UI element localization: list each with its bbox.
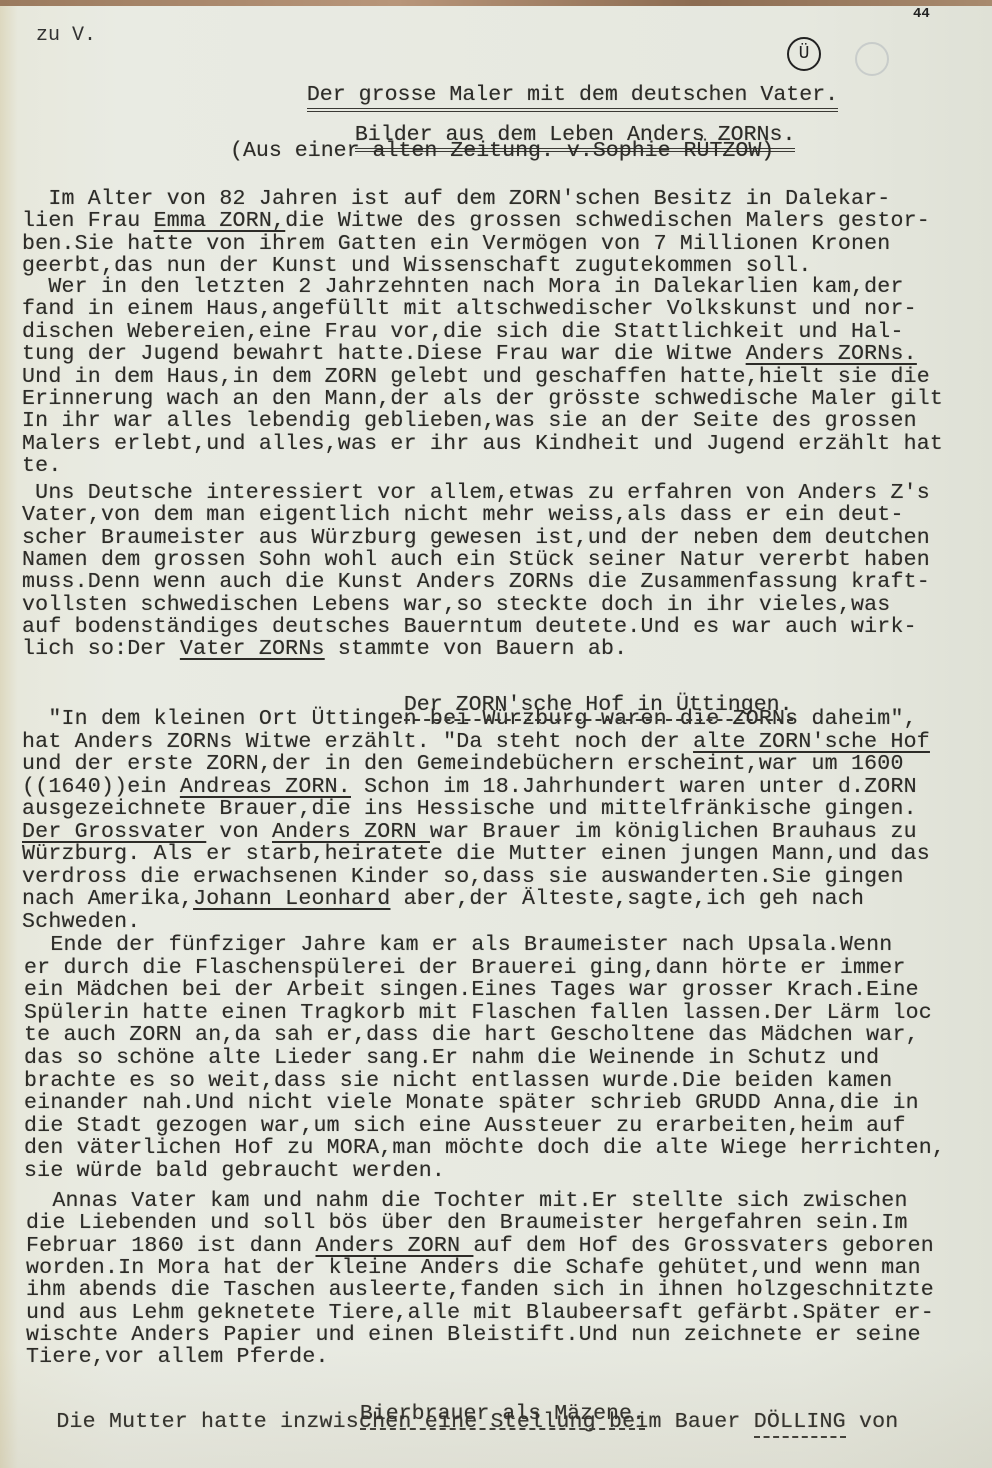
text-line: sie würde bald gebraucht werden. bbox=[24, 1160, 445, 1182]
section-heading-bierbrauer: Bierbrauer als Mäzene. bbox=[308, 1378, 645, 1450]
text-line: dischen Webereien,eine Frau vor,die sich… bbox=[22, 321, 904, 343]
text-line: wischte Anders Papier und einen Bleistif… bbox=[26, 1324, 921, 1346]
text-line: fand in einem Haus,angefüllt mit altschw… bbox=[22, 298, 917, 320]
section-heading-2-text: Bierbrauer als Mäzene. bbox=[360, 1402, 645, 1430]
text-line: worden.In Mora hat der kleine Anders die… bbox=[26, 1257, 921, 1279]
text-line: und aus Lehm geknetete Tiere,alle mit Bl… bbox=[26, 1302, 934, 1324]
text-line: tung der Jugend bewahrt hatte.Diese Frau… bbox=[22, 343, 917, 365]
text-line: Malers erlebt,und alles,was er ihr aus K… bbox=[22, 433, 943, 455]
text-line: Schweden. bbox=[22, 911, 140, 933]
text-line: Wer in den letzten 2 Jahrzehnten nach Mo… bbox=[22, 276, 904, 298]
text-line: Der Grossvater von Anders ZORN war Braue… bbox=[22, 821, 917, 843]
text-line: Spülerin hatte einen Tragkorb mit Flasch… bbox=[24, 1002, 932, 1024]
text-line: Und in dem Haus,in dem ZORN gelebt und g… bbox=[22, 366, 930, 388]
section-heading-uettingen: Der ZORN'sche Hof in Üttingen. bbox=[352, 669, 793, 741]
source-line: (Aus einer alten Zeitung. v.Sophie RÜTZO… bbox=[230, 139, 774, 163]
text-line: Würzburg. Als er starb,heiratete die Mut… bbox=[22, 843, 930, 865]
text-line: lien Frau Emma ZORN,die Witwe des grosse… bbox=[22, 210, 930, 232]
text-line: vollsten schwedischen Lebens war,so stec… bbox=[22, 594, 890, 616]
text-line: ((1640))ein Andreas ZORN. Schon im 18.Ja… bbox=[22, 776, 917, 798]
text-line: Im Alter von 82 Jahren ist auf dem ZORN'… bbox=[22, 188, 890, 210]
text-line: die Liebenden und soll bös über den Brau… bbox=[26, 1212, 908, 1234]
text-line: ben.Sie hatte von ihrem Gatten ein Vermö… bbox=[22, 233, 890, 255]
text-line: geerbt,das nun der Kunst und Wissenschaf… bbox=[22, 255, 812, 277]
text-line: muss.Denn wenn auch die Kunst Anders ZOR… bbox=[22, 571, 930, 593]
text-line: Erinnerung wach an den Mann,der als der … bbox=[22, 388, 943, 410]
text-line: Februar 1860 ist dann Anders ZORN auf de… bbox=[26, 1235, 934, 1257]
text-line: den väterlichen Hof zu MORA,man möchte d… bbox=[24, 1137, 945, 1159]
text-line: nach Amerika,Johann Leonhard aber,der Äl… bbox=[22, 888, 864, 910]
margin-note: zu V. bbox=[36, 24, 96, 47]
text-line: Namen dem grossen Sohn wohl auch ein Stü… bbox=[22, 549, 930, 571]
text-line: einander nah.Und nicht viele Monate spät… bbox=[24, 1092, 919, 1114]
text-line: In ihr war alles lebendig geblieben,was … bbox=[22, 410, 917, 432]
text-line: ausgezeichnete Brauer,die ins Hessische … bbox=[22, 798, 917, 820]
text-line: er durch die Flaschenspülerei der Brauer… bbox=[24, 957, 906, 979]
typewritten-page: zu V. 44 Ü Der grosse Maler mit dem deut… bbox=[0, 6, 992, 1468]
text-line: brachte es so weit,dass sie nicht entlas… bbox=[24, 1070, 892, 1092]
text-line: Ende der fünfziger Jahre kam er als Brau… bbox=[24, 934, 892, 956]
text-line: scher Braumeister aus Würzburg gewesen i… bbox=[22, 527, 930, 549]
text-line: verdross die erwachsenen Kinder so,dass … bbox=[22, 866, 904, 888]
text-line: Tiere,vor allem Pferde. bbox=[26, 1346, 329, 1368]
page-number: 44 bbox=[913, 6, 930, 22]
text-line: Uns Deutsche interessiert vor allem,etwa… bbox=[22, 482, 930, 504]
text-line: die Stadt gezogen war,um sich eine Ausst… bbox=[24, 1115, 906, 1137]
text-line: Annas Vater kam und nahm die Tochter mit… bbox=[26, 1190, 908, 1212]
text-line: ihm abends die Taschen ausleerte,fanden … bbox=[26, 1279, 934, 1301]
text-line: lich so:Der Vater ZORNs stammte von Baue… bbox=[22, 638, 627, 660]
text-line: das so schöne alte Lieder sang.Er nahm d… bbox=[24, 1047, 879, 1069]
text-line: te auch ZORN an,da sah er,dass die hart … bbox=[24, 1024, 919, 1046]
bleed-through-stamp bbox=[855, 42, 889, 76]
text-line: Vater,von dem man eigentlich nicht mehr … bbox=[22, 504, 904, 526]
text-line: te. bbox=[22, 455, 61, 477]
text-line: auf bodenständiges deutsches Bauerntum d… bbox=[22, 616, 917, 638]
text-line: und der erste ZORN,der in den Gemeindebü… bbox=[22, 753, 904, 775]
section-heading-1-text: Der ZORN'sche Hof in Üttingen. bbox=[404, 693, 793, 721]
text-line: ein Mädchen bei der Arbeit singen.Eines … bbox=[24, 979, 919, 1001]
